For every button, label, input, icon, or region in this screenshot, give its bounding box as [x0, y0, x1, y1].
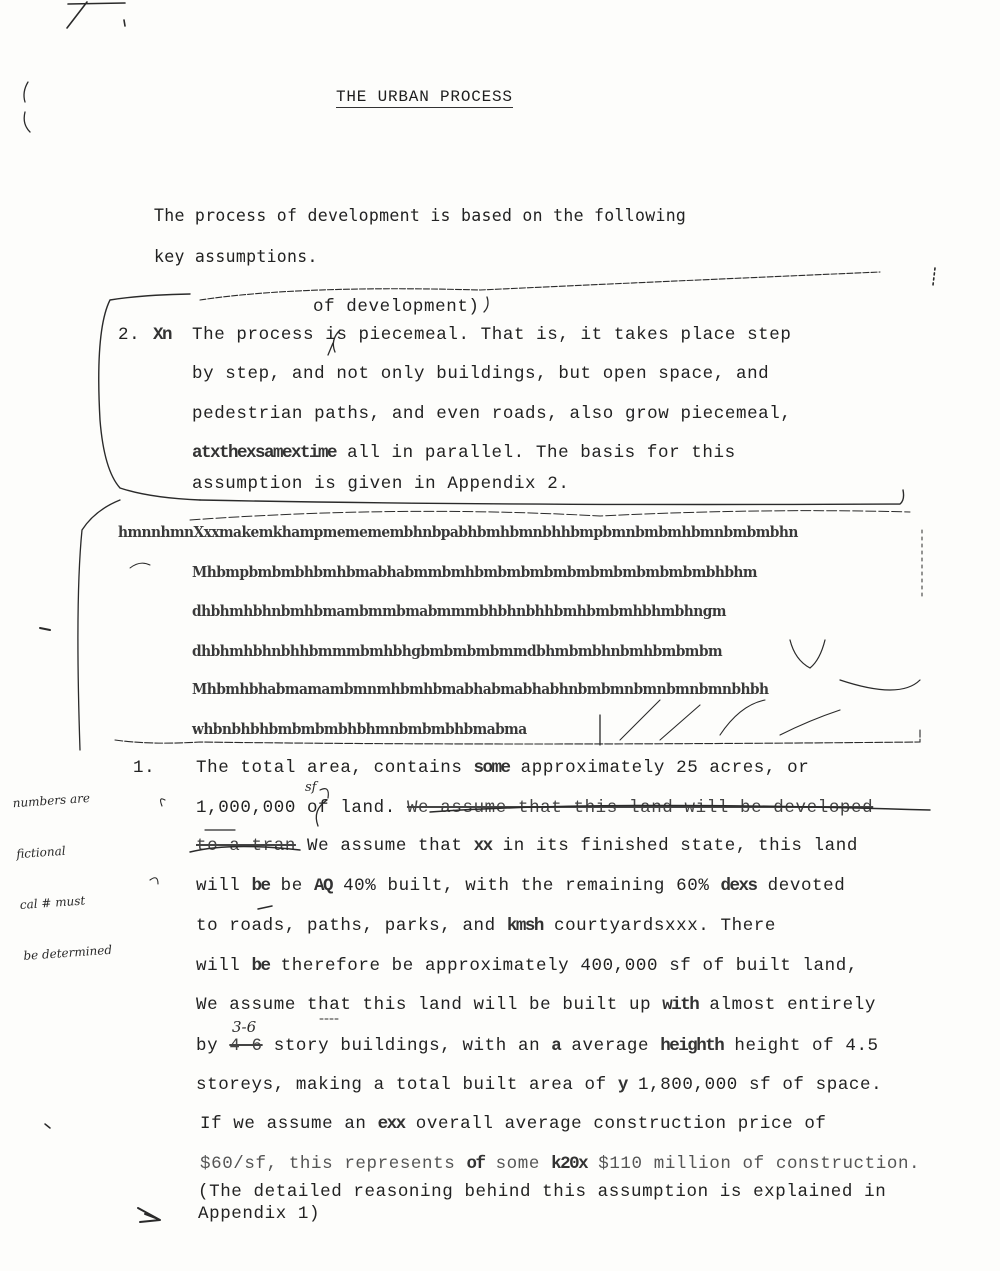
- xed-out-word: y: [618, 1075, 627, 1095]
- text: We assume that: [296, 836, 474, 856]
- assumption-1-line-10: If we assume an exx overall average cons…: [200, 1114, 827, 1134]
- text: storeys, making a total built area of: [196, 1075, 618, 1095]
- text: approximately 25 acres, or: [510, 758, 810, 778]
- xed-out-line-6: whbnbhbhbmbmbmbhbhmnbmbmbhbmabma: [192, 720, 527, 738]
- xed-out-word: k20x: [551, 1154, 587, 1174]
- handwritten-insertion: of development): [313, 297, 480, 317]
- assumption-2-number: 2.: [118, 325, 140, 345]
- text: 40% built, with the remaining 60%: [332, 876, 721, 896]
- assumption-1-line-6: will be therefore be approximately 400,0…: [196, 956, 858, 976]
- xed-out-word: of: [466, 1154, 484, 1174]
- text: will: [196, 876, 252, 896]
- corner-mark: [68, 3, 125, 4]
- text: 1,000,000: [196, 798, 296, 818]
- xed-out-line-4: dhbhmhbhnbhhbmmmbmhbhgbmbmbmbmmdbhmbmbhn…: [192, 642, 722, 660]
- struck-text: We assume that this land will be develop…: [407, 798, 873, 818]
- assumption-1-line-1: The total area, contains some approximat…: [196, 758, 809, 778]
- text: overall average construction price of: [405, 1114, 827, 1134]
- assumption-1-line-5: to roads, paths, parks, and kmsh courtya…: [196, 916, 776, 936]
- xed-out-word: xx: [474, 836, 492, 856]
- margin-note-line: fictional: [16, 840, 106, 863]
- xed-out-word: be: [252, 956, 270, 976]
- xed-out-word: a: [551, 1036, 560, 1056]
- xed-out-word: exx: [378, 1114, 405, 1134]
- xed-out-word: heighth: [660, 1036, 723, 1056]
- assumption-1-line-9: storeys, making a total built area of y …: [196, 1075, 882, 1095]
- text: height of 4.5: [723, 1036, 878, 1056]
- text: We assume that this land will be built u…: [196, 995, 662, 1015]
- assumption-1-line-12: (The detailed reasoning behind this assu…: [198, 1182, 886, 1202]
- text: in its finished state, this land: [492, 836, 858, 856]
- assumption-1-line-8: by 4-6 story buildings, with an a averag…: [196, 1036, 879, 1056]
- margin-note: numbers are fictional cal # must be dete…: [10, 755, 115, 999]
- text: of land.: [296, 798, 407, 818]
- page-title: THE URBAN PROCESS: [336, 88, 513, 108]
- text: $60/sf, this represents: [200, 1154, 466, 1174]
- xed-out-line-1: hmnnhmnXxxmakemkhampmememembhnbpabhbmhbm…: [118, 523, 798, 541]
- xed-out-line-5: Mhbmhbhabmamambmnmhbmhbmabhabmabhabhnbmb…: [192, 680, 769, 698]
- assumption-1-line-7: We assume that this land will be built u…: [196, 995, 876, 1015]
- text: If we assume an: [200, 1114, 378, 1134]
- assumption-2-overstrike: Xn: [153, 325, 171, 345]
- text: therefore be approximately 400,000 sf of…: [270, 956, 858, 976]
- assumption-1-line-11: $60/sf, this represents of some k20x $11…: [200, 1154, 920, 1174]
- xed-out-word: AQ: [314, 876, 332, 896]
- xed-out-line-3: dhbhmhbhnbmhbmambmmbmabmmmbhbhnbhhbmhbmb…: [192, 602, 726, 620]
- assumption-2-line-4: atxthexsamextime all in parallel. The ba…: [192, 443, 736, 463]
- handwritten-insertion-sf: sf: [305, 780, 316, 795]
- intro-line-1: The process of development is based on t…: [154, 206, 686, 225]
- assumption-1-line-2: 1,000,000 of land. We assume that this l…: [196, 798, 873, 818]
- xed-out-word: atxthexsamextime: [192, 443, 336, 463]
- margin-note-line: cal # must: [19, 891, 109, 914]
- assumption-1-line-13: Appendix 1): [198, 1204, 320, 1224]
- line-text: by step, and not only buildings, but ope…: [192, 364, 769, 384]
- text: The total area, contains: [196, 758, 474, 778]
- assumption-2-line-5: assumption is given in Appendix 2.: [192, 474, 569, 494]
- xed-out-line-2: Mhbmpbmbmbhbmhbmabhabmmbmhbmbmbmbmbmbmbm…: [192, 563, 757, 581]
- text: almost entirely: [698, 995, 876, 1015]
- xed-out-word: be: [252, 876, 270, 896]
- text: some: [484, 1154, 551, 1174]
- assumption-2-line-2: by step, and not only buildings, but ope…: [192, 364, 769, 384]
- text: will: [196, 956, 252, 976]
- text: average: [560, 1036, 660, 1056]
- struck-text: to a tran: [196, 836, 296, 856]
- handwritten-insertion-storeys: 3-6: [232, 1018, 256, 1036]
- xed-out-word: dexs: [721, 876, 757, 896]
- text: be: [270, 876, 314, 896]
- text: devoted: [757, 876, 846, 896]
- assumption-1-line-4: will be be AQ 40% built, with the remain…: [196, 876, 845, 896]
- text: to roads, paths, parks, and: [196, 916, 507, 936]
- text: 1,800,000 sf of space.: [627, 1075, 882, 1095]
- assumption-1-line-3: to a tran We assume that xx in its finis…: [196, 836, 858, 856]
- assumption-1-number: 1.: [133, 758, 155, 778]
- document-page: THE URBAN PROCESS The process of develop…: [0, 0, 1000, 1271]
- xed-out-word: kmsh: [507, 916, 543, 936]
- margin-note-line: be determined: [23, 942, 113, 965]
- text: story buildings, with an: [263, 1036, 552, 1056]
- text: courtyardsxxx. There: [543, 916, 776, 936]
- xed-out-word: some: [474, 758, 510, 778]
- line-text: all in parallel. The basis for this: [347, 443, 736, 463]
- margin-note-line: numbers are: [12, 789, 102, 812]
- xed-out-word: with: [662, 995, 698, 1015]
- assumption-2-line-3: pedestrian paths, and even roads, also g…: [192, 404, 792, 424]
- struck-text: 4-6: [229, 1036, 262, 1056]
- text: by: [196, 1036, 229, 1056]
- text: $110 million of construction.: [587, 1154, 920, 1174]
- intro-line-2: key assumptions.: [154, 247, 318, 266]
- corner-mark: [67, 2, 87, 28]
- assumption-2-line-1: The process is piecemeal. That is, it ta…: [192, 325, 792, 345]
